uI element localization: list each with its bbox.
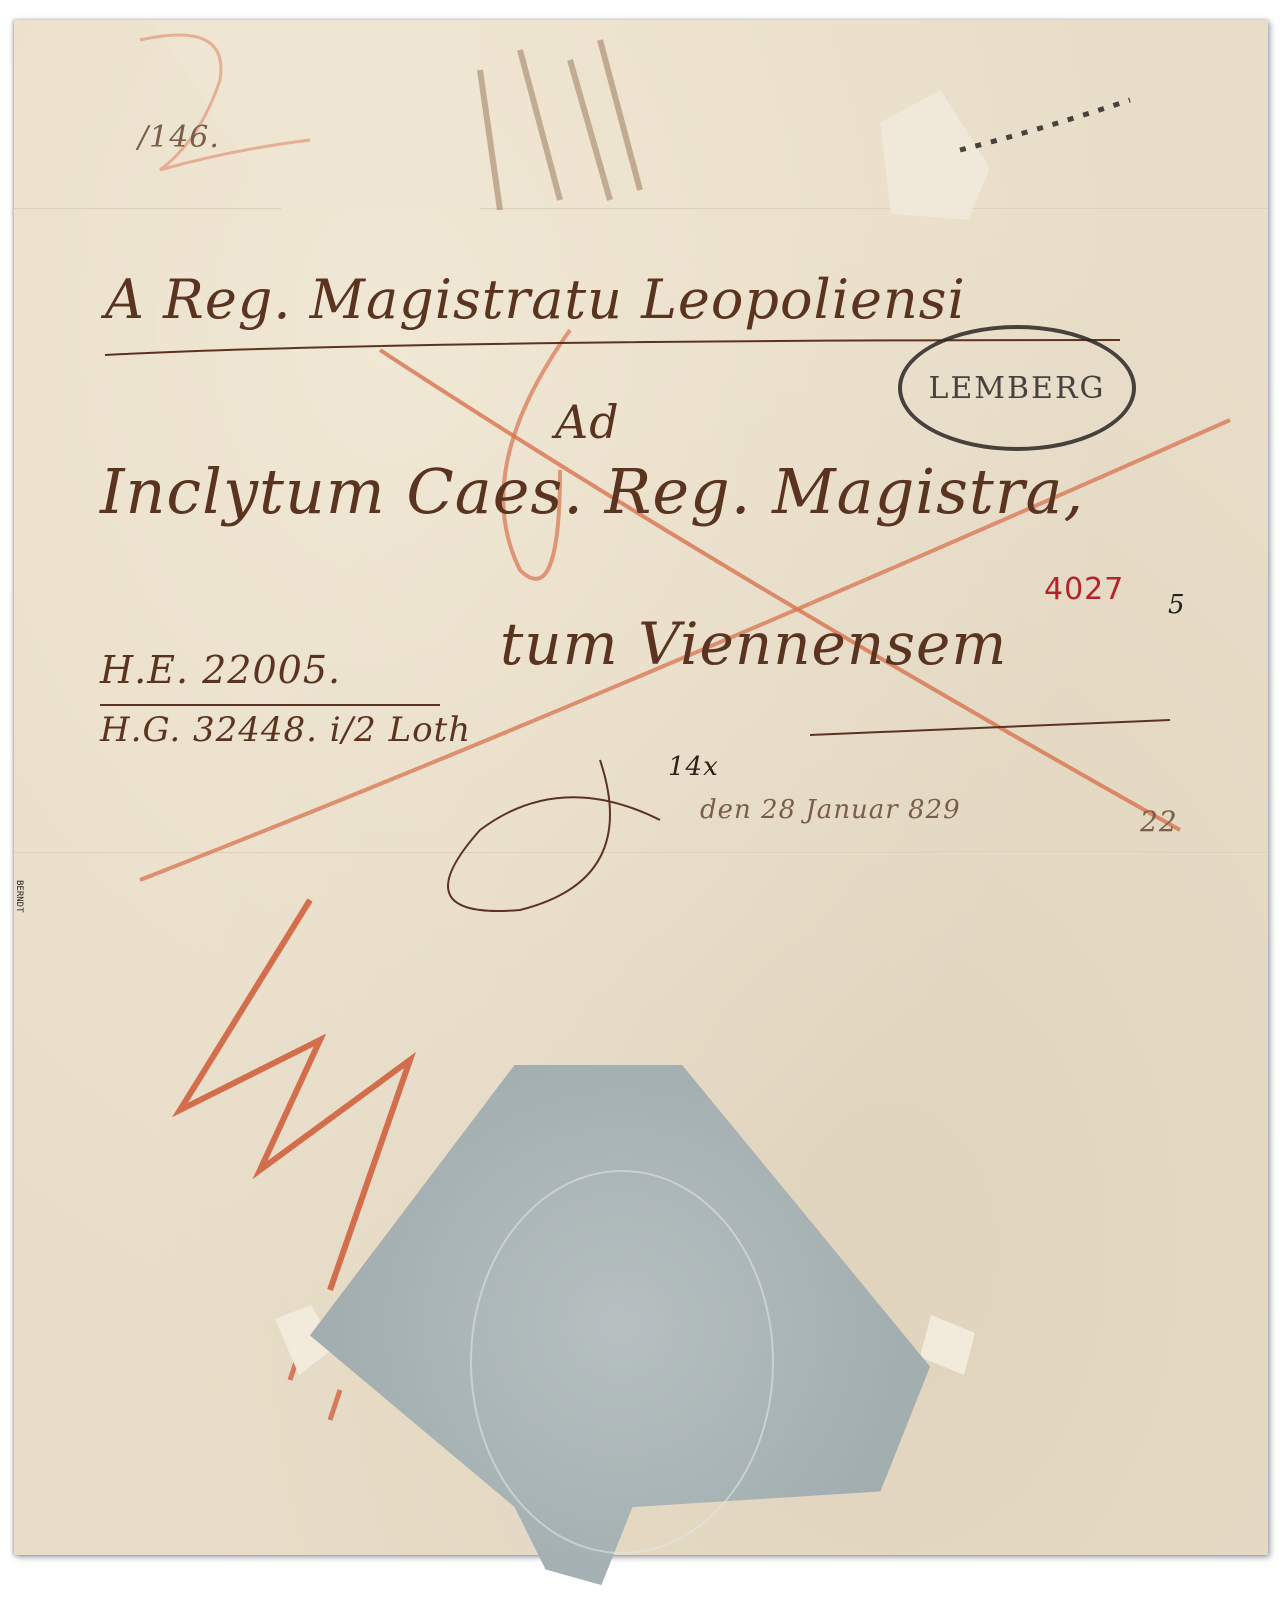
bottom-right-number: 22 — [1140, 805, 1178, 838]
postmark-text: LEMBERG — [928, 371, 1105, 406]
seal-impression-ring — [470, 1170, 774, 1554]
reference-number-1: H.E. 22005. — [100, 648, 341, 692]
reference-number-2: H.G. 32448. i/2 Loth — [100, 710, 471, 750]
address-line-1: A Reg. Magistratu Leopoliensi — [105, 268, 966, 331]
address-line-4: tum Viennensem — [500, 610, 1007, 678]
address-line-3: Inclytum Caes. Reg. Magistra, — [100, 455, 1084, 528]
weight-note: 14x — [668, 752, 719, 782]
lemberg-postmark: LEMBERG — [898, 325, 1136, 451]
side-number: 5 — [1168, 590, 1186, 620]
fold-line-top — [14, 208, 1268, 210]
date-note: den 28 Januar 829 — [700, 795, 961, 825]
red-ink-number: 4027 — [1044, 572, 1124, 607]
fold-line-middle — [14, 852, 1268, 854]
top-left-note: /146. — [138, 120, 220, 155]
address-line-2: Ad — [555, 395, 620, 449]
printer-mark: BERNDT — [14, 880, 24, 913]
